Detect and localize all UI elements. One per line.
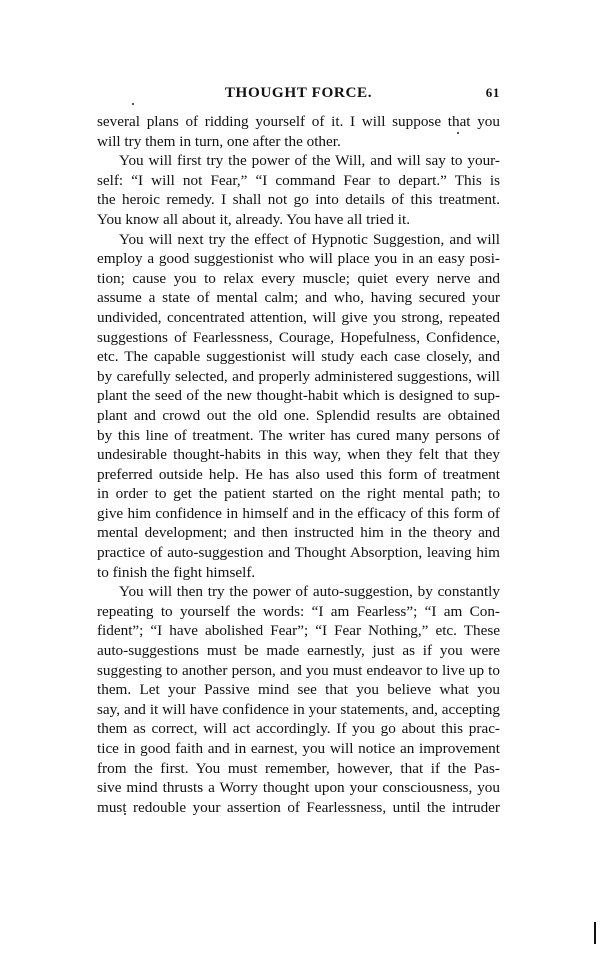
text-line: from the first. You must remember, howev…	[97, 759, 500, 779]
body-text: several plans of ridding yourself of it.…	[97, 112, 500, 817]
text-line: assume a state of mental calm; and who, …	[97, 288, 500, 308]
text-line: the heroic remedy. I shall not go into d…	[97, 190, 500, 210]
scan-speck	[124, 813, 126, 815]
text-line: by carefully selected, and properly admi…	[97, 367, 500, 387]
page-header: THOUGHT FORCE. 61	[97, 80, 500, 106]
text-line: them as correct, will act accordingly. I…	[97, 719, 500, 739]
text-line: several plans of ridding yourself of it.…	[97, 112, 500, 132]
scan-speck	[457, 132, 459, 134]
text-line: You will next try the effect of Hypnotic…	[97, 230, 500, 250]
text-line: etc. The capable suggestionist will stud…	[97, 347, 500, 367]
book-page: THOUGHT FORCE. 61 several plans of riddi…	[97, 80, 500, 817]
scan-speck	[132, 103, 134, 105]
page-number: 61	[486, 80, 500, 106]
text-line: mental development; and then instructed …	[97, 523, 500, 543]
text-line: by this line of treatment. The writer ha…	[97, 426, 500, 446]
text-line: tion; cause you to relax every muscle; q…	[97, 269, 500, 289]
text-line: will try them in turn, one after the oth…	[97, 132, 500, 152]
text-line: You will then try the power of auto-sugg…	[97, 582, 500, 602]
text-line: repeating to yourself the words: “I am F…	[97, 602, 500, 622]
text-line: give him confidence in himself and in th…	[97, 504, 500, 524]
text-line: You know all about it, already. You have…	[97, 210, 500, 230]
text-line: fident”; “I have abolished Fear”; “I Fea…	[97, 621, 500, 641]
text-line: tice in good faith and in earnest, you w…	[97, 739, 500, 759]
text-line: undivided, concentrated attention, will …	[97, 308, 500, 328]
text-line: practice of auto-suggestion and Thought …	[97, 543, 500, 563]
text-line: to finish the fight himself.	[97, 563, 500, 583]
text-line: sive mind thrusts a Worry thought upon y…	[97, 778, 500, 798]
text-line: employ a good suggestionist who will pla…	[97, 249, 500, 269]
text-line: self: “I will not Fear,” “I command Fear…	[97, 171, 500, 191]
text-line: You will first try the power of the Will…	[97, 151, 500, 171]
text-line: suggesting to another person, and you mu…	[97, 661, 500, 681]
text-line: auto-suggestions must be made earnestly,…	[97, 641, 500, 661]
text-line: undesirable thought-habits in this way, …	[97, 445, 500, 465]
text-line: plant the seed of the new thought-habit …	[97, 386, 500, 406]
text-line: suggestions of Fearlessness, Courage, Ho…	[97, 328, 500, 348]
text-line: plant and crowd out the old one. Splendi…	[97, 406, 500, 426]
text-line: in order to get the patient started on t…	[97, 484, 500, 504]
margin-scan-mark	[594, 922, 596, 944]
text-line: say, and it will have confidence in your…	[97, 700, 500, 720]
text-line: preferred outside help. He has also used…	[97, 465, 500, 485]
running-title: THOUGHT FORCE.	[225, 84, 372, 101]
text-line: them. Let your Passive mind see that you…	[97, 680, 500, 700]
text-line: must redouble your assertion of Fearless…	[97, 798, 500, 818]
